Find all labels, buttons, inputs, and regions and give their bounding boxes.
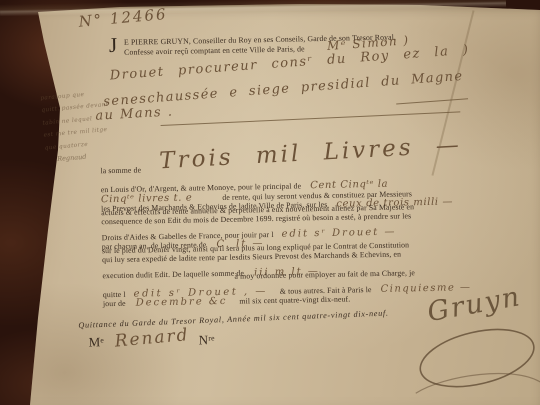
notary-suffix: Nʳᵉ (199, 332, 215, 348)
margin-signature: Regnaud (57, 153, 87, 163)
sum-label: la somme de (100, 165, 141, 175)
notary-name-handwritten: Renard (114, 325, 190, 352)
body-line-13: jour de Decembre &c mil six cent quatre-… (103, 288, 351, 311)
notary-prefix: Mᵉ (89, 334, 104, 350)
document-content: N° 12466 J E PIERRE GRUYN, Conseiller du… (0, 0, 540, 405)
handwritten-underline-short (396, 98, 468, 104)
dropcap-J: J (109, 36, 118, 54)
handwritten-rule-long (161, 111, 461, 126)
registry-number: N° 12466 (78, 5, 168, 31)
body-line-13-printed-a: jour de (103, 299, 126, 308)
handwritten-sum-amount: Trois mil Livres — (159, 132, 463, 174)
registry-number-value: 12466 (109, 5, 168, 28)
registry-number-label: N° (78, 11, 104, 31)
body-line-13-printed-b: mil six cent quatre-vingt dix-neuf. (239, 294, 350, 305)
body-line-10-printed: execution dudit Edit. De laquelle somme … (102, 268, 244, 280)
document-photo: N° 12466 J E PIERRE GRUYN, Conseiller du… (0, 0, 540, 405)
margin-notes: paratoup que quitt. passée devant tabin … (40, 87, 113, 155)
body-line-6-handwritten: edit sʳ Drouet — (281, 226, 396, 239)
signature-flourish (394, 295, 540, 405)
footer-quittance-line: Quittance du Garde du Tresor Royal, Anné… (78, 308, 389, 329)
body-line-13-handwritten: Decembre &c (136, 296, 228, 309)
